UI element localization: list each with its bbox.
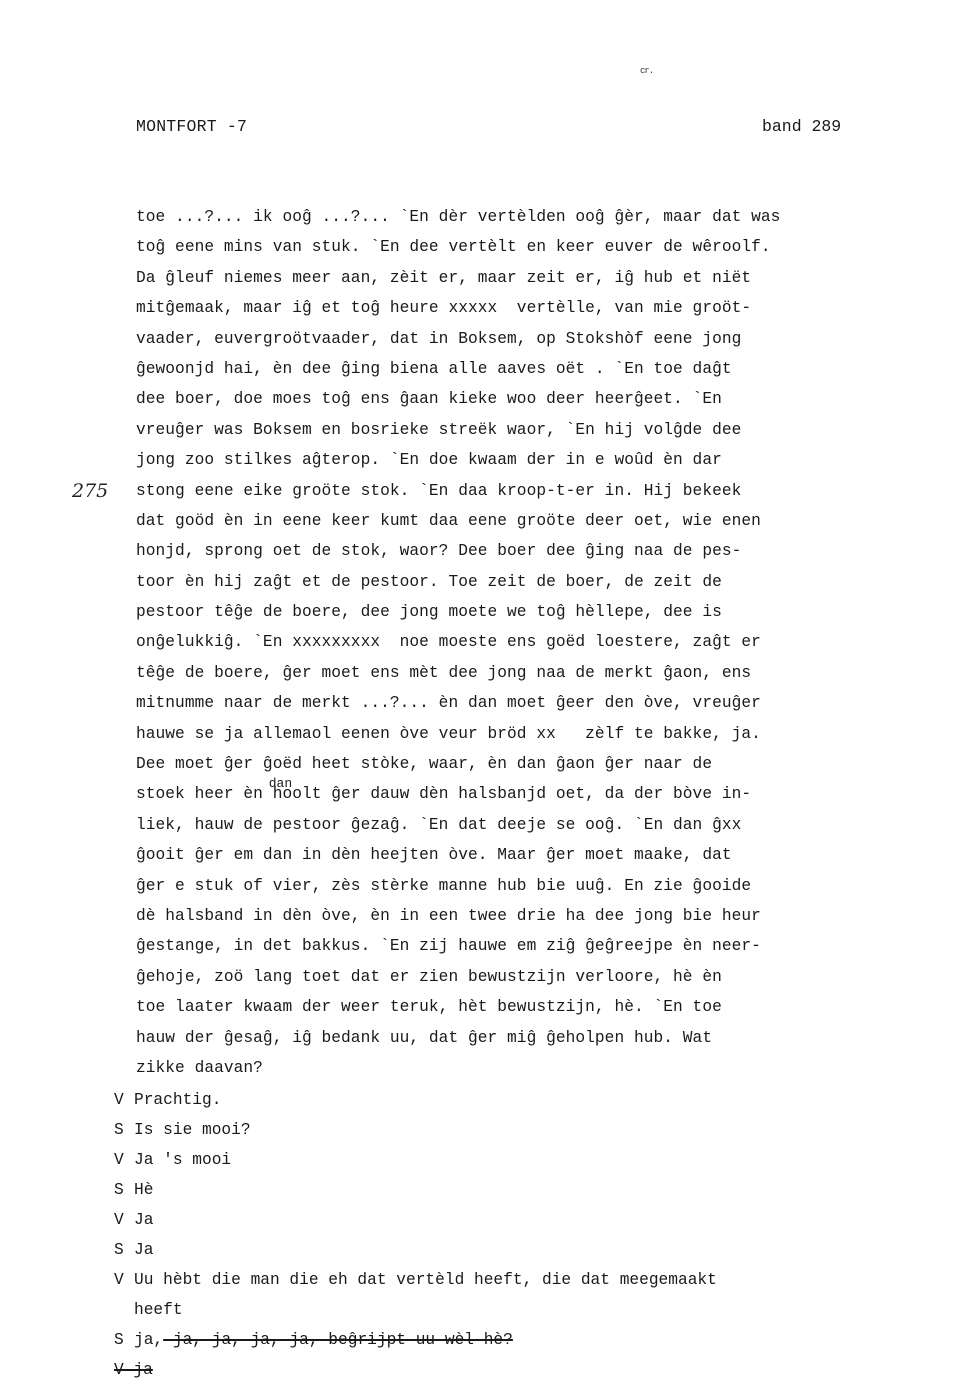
utterance-text: Is sie mooi? [134,1119,251,1149]
dialogue-line: V ja [114,1359,874,1389]
text-line: dat goöd èn in eene keer kumt daa eene g… [136,510,856,540]
dialogue-line: Sja, ja, ja, ja, ja, beĝrijpt uu wèl hè? [114,1329,874,1359]
text-line: pestoor têĝe de boere, dee jong moete we… [136,601,856,631]
dialogue-line: VJa [114,1209,874,1239]
text-line: Dee moet ĝer ĝoëd heet stòke, waar, èn d… [136,753,856,783]
header-tape-number: band 289 [762,117,841,136]
dialogue-line: VJa 's mooi [114,1149,874,1179]
text-line: liek, hauw de pestoor ĝezaĝ. `En dat dee… [136,814,856,844]
text-line: toe ...?... ik ooĝ ...?... `En dèr vertè… [136,206,856,236]
utterance-text: Ja [134,1209,153,1239]
speaker-label: V [114,1089,134,1119]
dialogue-line: SIs sie mooi? [114,1119,874,1149]
text-line: hauw der ĝesaĝ, iĝ bedank uu, dat ĝer mi… [136,1027,856,1057]
utterance-text: Hè [134,1179,153,1209]
text-line: hauwe se ja allemaol eenen òve veur bröd… [136,723,856,753]
text-line: ĝehoje, zoö lang toet dat er zien bewust… [136,966,856,996]
handwritten-margin-note: 275 [72,480,108,502]
utterance-text: heeft [134,1299,183,1329]
dialogue-line: SHè [114,1179,874,1209]
speaker-label: S [114,1239,134,1269]
utterance-text: Prachtig. [134,1089,221,1119]
text-line: têĝe de boere, ĝer moet ens mèt dee jong… [136,662,856,692]
struck-out-text: V ja [114,1359,153,1389]
dialogue-line: VUu hèbt die man die eh dat vertèld heef… [114,1269,874,1299]
speaker-label [114,1299,134,1329]
utterance-text: Uu hèbt die man die eh dat vertèld heeft… [134,1269,717,1299]
text-line: ĝer e stuk of vier, zès stèrke manne hub… [136,875,856,905]
transcript-page: cr. MONTFORT -7 band 289 275 toe ...?...… [0,0,973,1395]
narrative-text: toe ...?... ik ooĝ ...?... `En dèr vertè… [136,206,856,1087]
struck-out-text: ja, ja, ja, ja, beĝrijpt uu wèl hè? [163,1329,513,1359]
text-line: vreuĝer was Boksem en bosrieke streëk wa… [136,419,856,449]
header-title: MONTFORT -7 [136,117,247,136]
text-line: ĝooit ĝer em dan in dèn heejten òve. Maa… [136,844,856,874]
text-line: toe laater kwaam der weer teruk, hèt bew… [136,996,856,1026]
utterance-text: Ja [134,1239,153,1269]
text-line: dee boer, doe moes toĝ ens ĝaan kieke wo… [136,388,856,418]
dialogue-line: VPrachtig. [114,1089,874,1119]
speaker-label: S [114,1329,134,1359]
stray-mark: cr. [640,66,653,76]
text-line: stoek heer èn danhoolt ĝer dauw dèn hals… [136,783,856,813]
utterance-text: ja, [134,1329,163,1359]
speaker-label: V [114,1209,134,1239]
text-line: stong eene eike groöte stok. `En daa kro… [136,480,856,510]
text-line: vaader, euvergroötvaader, dat in Boksem,… [136,328,856,358]
speaker-label: S [114,1179,134,1209]
text-line: ĝewoonjd hai, èn dee ĝing biena alle aav… [136,358,856,388]
speaker-label: S [114,1119,134,1149]
dialogue-line: SJa [114,1239,874,1269]
text-line: honjd, sprong oet de stok, waor? Dee boe… [136,540,856,570]
speaker-label: V [114,1149,134,1179]
text-line: mitnumme naar de merkt ...?... èn dan mo… [136,692,856,722]
text-line: onĝelukkiĝ. `En xxxxxxxxx noe moeste ens… [136,631,856,661]
text-line: jong zoo stilkes aĝterop. `En doe kwaam … [136,449,856,479]
text-line: toor èn hij zaĝt et de pestoor. Toe zeit… [136,571,856,601]
text-line: ĝestange, in det bakkus. `En zij hauwe e… [136,935,856,965]
text-line: dè halsband in dèn òve, èn in een twee d… [136,905,856,935]
dialogue-line: heeft [114,1299,874,1329]
utterance-text: Ja 's mooi [134,1149,231,1179]
text-line: mitĝemaak, maar iĝ et toĝ heure xxxxx ve… [136,297,856,327]
text-line: zikke daavan? [136,1057,856,1087]
text-line: Da ĝleuf niemes meer aan, zèit er, maar … [136,267,856,297]
speaker-label: V [114,1269,134,1299]
text-line: toĝ eene mins van stuk. `En dee vertèlt … [136,236,856,266]
dialogue-section: VPrachtig.SIs sie mooi?VJa 's mooiSHèVJa… [114,1089,874,1389]
